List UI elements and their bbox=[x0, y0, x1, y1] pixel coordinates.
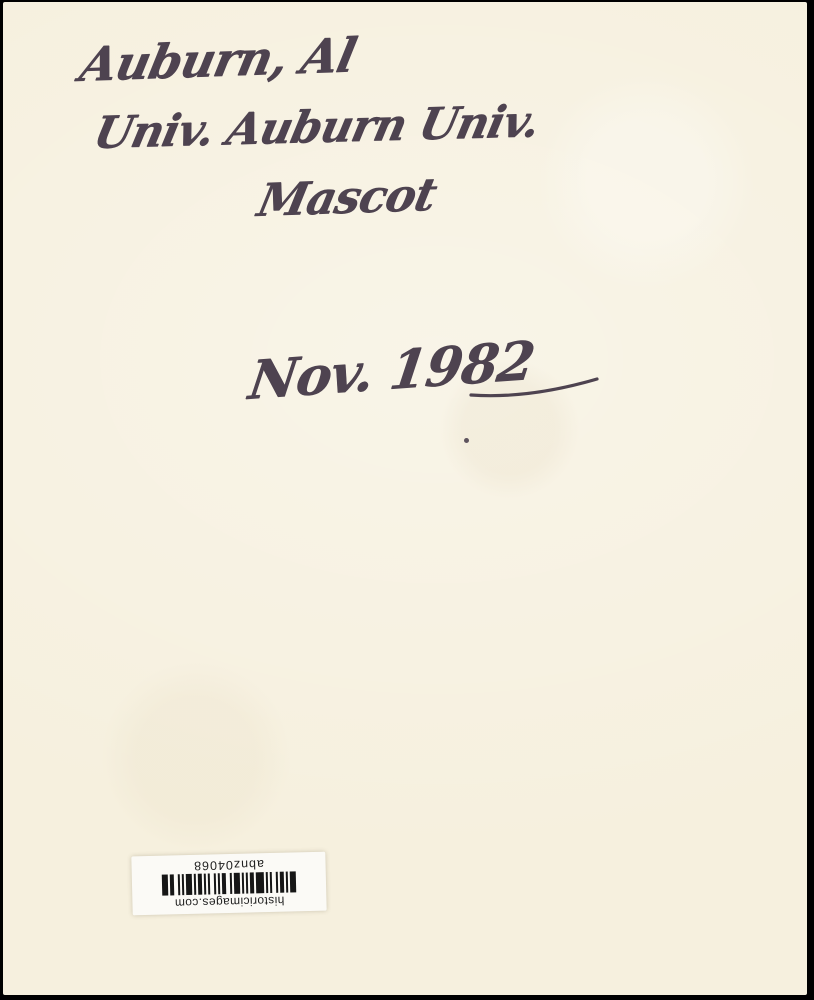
handwriting-subject: Univ. Auburn Univ. bbox=[89, 96, 544, 159]
barcode-sticker: historicimages.com abnz04068 bbox=[131, 852, 326, 916]
handwriting-mascot: Mascot bbox=[253, 167, 441, 227]
photo-paper: Auburn, Al Univ. Auburn Univ. Mascot Nov… bbox=[3, 2, 807, 995]
scanned-photo-back: Auburn, Al Univ. Auburn Univ. Mascot Nov… bbox=[0, 0, 814, 1000]
pen-tail-stroke bbox=[469, 370, 603, 402]
sticker-website-text: historicimages.com bbox=[174, 895, 284, 910]
barcode-icon bbox=[162, 872, 296, 896]
handwriting-location: Auburn, Al bbox=[75, 28, 360, 93]
ink-dot bbox=[464, 438, 469, 443]
sticker-code-text: abnz04068 bbox=[193, 858, 264, 872]
